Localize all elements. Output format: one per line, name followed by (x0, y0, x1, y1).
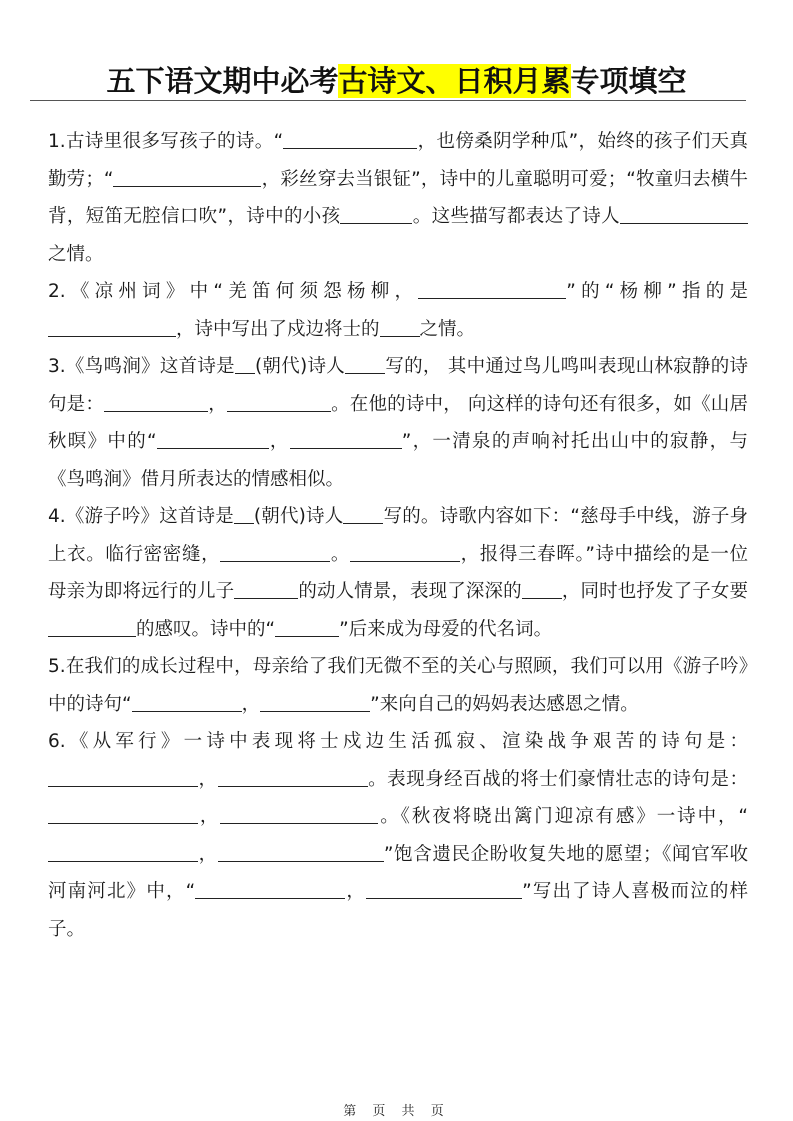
fill-blank[interactable] (260, 692, 370, 712)
question-5: 5.在我们的成长过程中，母亲给了我们无微不至的关心与照顾，我们可以用《游子吟》中… (48, 648, 748, 723)
question-text: 。表现身经百战的将士们豪情壮志的诗句是： (368, 769, 748, 790)
fill-blank[interactable] (104, 392, 208, 412)
fill-blank[interactable] (366, 880, 522, 900)
question-text: ”的“杨柳”指的是 (566, 281, 748, 302)
question-text: 《从军行》一诗中表现将士戍边生活孤寂、渲染战争艰苦的诗句是： (66, 731, 748, 752)
question-text: ， (345, 881, 366, 902)
fill-blank[interactable] (345, 355, 385, 375)
fill-blank[interactable] (48, 617, 136, 637)
question-text: 。《秋夜将晓出篱门迎凉有感》一诗中，“ (378, 806, 748, 827)
fill-blank[interactable] (340, 205, 412, 225)
fill-blank[interactable] (235, 355, 255, 375)
question-text: ”来向自己的妈妈表达感恩之情。 (370, 694, 639, 715)
fill-blank[interactable] (48, 842, 198, 862)
question-text: 之情。 (48, 244, 104, 265)
title-suffix: 专项填空 (571, 64, 687, 98)
question-text: 之情。 (420, 319, 476, 340)
fill-blank[interactable] (218, 842, 384, 862)
question-text: 古诗里很多写孩子的诗。“ (66, 131, 284, 152)
question-text: ，诗中写出了戍边将士的 (176, 319, 380, 340)
fill-blank[interactable] (48, 317, 176, 337)
question-number: 5. (48, 656, 66, 677)
fill-blank[interactable] (620, 205, 748, 225)
page-footer: 第 页 共 页 (0, 1100, 793, 1119)
question-text: 。 (330, 544, 350, 565)
fill-blank[interactable] (48, 767, 198, 787)
fill-blank[interactable] (113, 167, 261, 187)
fill-blank[interactable] (290, 430, 402, 450)
question-text: 《鸟鸣涧》这首诗是 (66, 356, 235, 377)
question-text: ”后来成为母爱的代名词。 (339, 619, 552, 640)
fill-blank[interactable] (380, 317, 420, 337)
question-text: (朝代)诗人 (255, 356, 345, 377)
question-text: ， (269, 431, 290, 452)
question-text: 《游子吟》这首诗是 (66, 506, 234, 527)
fill-blank[interactable] (48, 805, 198, 825)
fill-blank[interactable] (283, 130, 417, 150)
question-text: ， (198, 769, 218, 790)
question-text: ， (208, 394, 227, 415)
question-number: 1. (48, 131, 66, 152)
question-list: 1.古诗里很多写孩子的诗。“，也傍桑阴学种瓜”，始终的孩子们天真勤劳；“，彩丝穿… (48, 123, 748, 948)
question-3: 3.《鸟鸣涧》这首诗是(朝代)诗人写的， 其中通过鸟儿鸣叫表现山林寂静的诗句是：… (48, 348, 748, 498)
question-text: ，同时也抒发了子女要 (562, 581, 748, 602)
fill-blank[interactable] (220, 805, 378, 825)
question-text: ， (242, 694, 261, 715)
fill-blank[interactable] (220, 542, 330, 562)
fill-blank[interactable] (275, 617, 339, 637)
fill-blank[interactable] (350, 542, 460, 562)
fill-blank[interactable] (195, 880, 345, 900)
question-text: (朝代)诗人 (254, 506, 344, 527)
question-text: 的动人情景，表现了深深的 (298, 581, 522, 602)
question-1: 1.古诗里很多写孩子的诗。“，也傍桑阴学种瓜”，始终的孩子们天真勤劳；“，彩丝穿… (48, 123, 748, 273)
page-title: 五下语文期中必考古诗文、日积月累专项填空 (0, 62, 793, 100)
question-text: 的感叹。诗中的“ (136, 619, 275, 640)
question-number: 2. (48, 281, 66, 302)
fill-blank[interactable] (234, 580, 298, 600)
question-number: 3. (48, 356, 66, 377)
fill-blank[interactable] (157, 430, 269, 450)
question-number: 4. (48, 506, 66, 527)
fill-blank[interactable] (132, 692, 242, 712)
fill-blank[interactable] (418, 280, 566, 300)
question-number: 6. (48, 731, 66, 752)
title-divider (30, 100, 746, 101)
fill-blank[interactable] (522, 580, 562, 600)
fill-blank[interactable] (234, 505, 254, 525)
question-6: 6.《从军行》一诗中表现将士戍边生活孤寂、渲染战争艰苦的诗句是：，。表现身经百战… (48, 723, 748, 948)
title-highlight: 古诗文、日积月累 (338, 64, 570, 98)
question-text: ， (198, 806, 220, 827)
question-text: ， (198, 844, 218, 865)
question-4: 4.《游子吟》这首诗是(朝代)诗人写的。诗歌内容如下：“慈母手中线，游子身上衣。… (48, 498, 748, 648)
question-text: 。这些描写都表达了诗人 (412, 206, 620, 227)
question-2: 2.《凉州词》中“羌笛何须怨杨柳，”的“杨柳”指的是，诗中写出了戍边将士的之情。 (48, 273, 748, 348)
question-text: 《凉州词》中“羌笛何须怨杨柳， (66, 281, 419, 302)
fill-blank[interactable] (343, 505, 383, 525)
fill-blank[interactable] (218, 767, 368, 787)
fill-blank[interactable] (227, 392, 331, 412)
title-prefix: 五下语文期中必考 (106, 64, 338, 98)
